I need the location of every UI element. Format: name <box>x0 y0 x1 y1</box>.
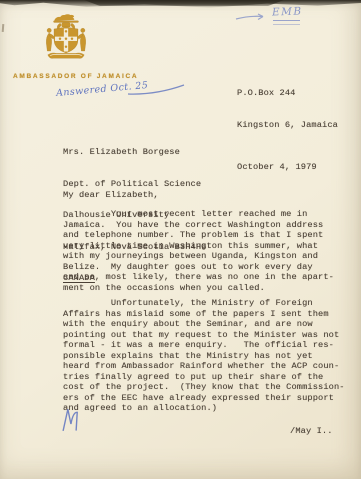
recipient-dept: Dept. of Political Science <box>63 179 206 190</box>
scan-margin-mark <box>2 24 5 32</box>
sender-city: Kingston 6, Jamaica <box>237 120 338 131</box>
scan-edge-artifact-dark <box>84 0 284 6</box>
right-supporter <box>81 28 85 32</box>
left-supporter <box>47 28 51 32</box>
handwritten-initial-mark <box>58 404 84 436</box>
pen-flourish <box>126 83 188 97</box>
salutation: My dear Elizabeth, <box>63 190 159 201</box>
jamaica-coat-of-arms-icon <box>42 13 90 66</box>
continuation-mark: /May I.. <box>290 426 333 437</box>
crocodile-crest <box>54 14 74 20</box>
letter-page: AMBASSADOR OF JAMAICA Answered Oct. 25 E… <box>0 0 361 479</box>
motto-scroll <box>48 53 84 58</box>
initials-underline <box>273 20 300 25</box>
letterhead-title: AMBASSADOR OF JAMAICA <box>13 73 138 80</box>
sender-pobox: P.O.Box 244 <box>237 88 338 99</box>
paragraph-2: Unfortunately, the Ministry of Foreign A… <box>63 298 355 414</box>
recipient-name: Mrs. Elizabeth Borgese <box>63 147 206 158</box>
sender-address-block: P.O.Box 244 Kingston 6, Jamaica October … <box>237 67 338 194</box>
letter-body: Your most recent letter reached me in Ja… <box>63 209 355 414</box>
recipient-initials-annotation: EMB <box>272 5 303 18</box>
helm <box>62 23 71 27</box>
forward-arrow-icon <box>235 11 269 23</box>
paragraph-1: Your most recent letter reached me in Ja… <box>63 209 355 293</box>
letter-date: October 4, 1979 <box>237 162 338 173</box>
